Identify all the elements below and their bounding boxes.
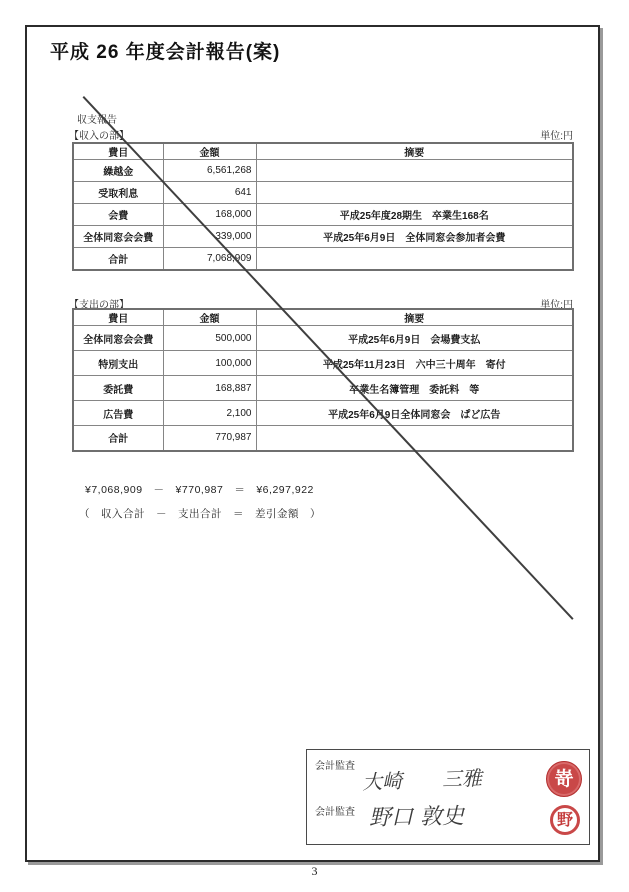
income-note xyxy=(256,182,573,204)
table-row: 会費 168,000 平成25年度28期生 卒業生168名 xyxy=(73,204,573,226)
income-table: 費目 金額 摘要 繰越金 6,561,268 受取利息 641 会費 168,0… xyxy=(72,142,574,271)
income-unit-label: 単位:円 xyxy=(540,127,573,142)
income-note: 平成25年6月9日 全体同窓会参加者会費 xyxy=(256,226,573,248)
expense-note: 卒業生名簿管理 委託料 等 xyxy=(256,376,573,401)
auditor-signature-1: 大崎 三雅 xyxy=(362,762,483,795)
expense-item: 委託費 xyxy=(73,376,163,401)
audit-label-2: 会計監査 xyxy=(315,803,355,818)
expense-item-total: 合計 xyxy=(73,426,163,451)
report-page: 平成 26 年度会計報告(案) 収支報告 【収入の部】 単位:円 費目 金額 摘… xyxy=(25,25,600,862)
income-amount: 6,561,268 xyxy=(163,160,256,182)
table-row: 全体同窓会会費 339,000 平成25年6月9日 全体同窓会参加者会費 xyxy=(73,226,573,248)
table-row: 繰越金 6,561,268 xyxy=(73,160,573,182)
income-note: 平成25年度28期生 卒業生168名 xyxy=(256,204,573,226)
expense-amount: 100,000 xyxy=(163,351,256,376)
income-amount: 339,000 xyxy=(163,226,256,248)
income-amount: 641 xyxy=(163,182,256,204)
income-col-item: 費目 xyxy=(73,143,163,160)
income-col-note: 摘要 xyxy=(256,143,573,160)
income-section-label: 【収入の部】 xyxy=(69,127,129,142)
expense-item: 全体同窓会会費 xyxy=(73,326,163,351)
table-row: 合計 770,987 xyxy=(73,426,573,451)
expense-item: 特別支出 xyxy=(73,351,163,376)
red-hanko-seal-icon: 嵜 xyxy=(546,761,582,797)
income-col-amount: 金額 xyxy=(163,143,256,160)
expense-item: 広告費 xyxy=(73,401,163,426)
income-item: 全体同窓会会費 xyxy=(73,226,163,248)
audit-signature-box: 会計監査 大崎 三雅 嵜 会計監査 野口 敦史 野 xyxy=(306,749,590,845)
page-number: 3 xyxy=(0,864,629,879)
table-row: 合計 7,068,909 xyxy=(73,248,573,270)
expense-note: 平成25年11月23日 六中三十周年 寄付 xyxy=(256,351,573,376)
table-row: 全体同窓会会費 500,000 平成25年6月9日 会場費支払 xyxy=(73,326,573,351)
red-hanko-seal-icon: 野 xyxy=(550,805,580,835)
expense-note xyxy=(256,426,573,451)
page-title: 平成 26 年度会計報告(案) xyxy=(50,37,280,64)
balance-formula-legend: （ 収入合計 － 支出合計 ＝ 差引金額 ） xyxy=(79,506,321,521)
expense-amount-total: 770,987 xyxy=(163,426,256,451)
expense-note: 平成25年6月9日全体同窓会 ぱど広告 xyxy=(256,401,573,426)
income-amount-total: 7,068,909 xyxy=(163,248,256,270)
expense-col-item: 費目 xyxy=(73,309,163,326)
expense-amount: 168,887 xyxy=(163,376,256,401)
table-row: 受取利息 641 xyxy=(73,182,573,204)
expense-col-note: 摘要 xyxy=(256,309,573,326)
table-row: 委託費 168,887 卒業生名簿管理 委託料 等 xyxy=(73,376,573,401)
income-note xyxy=(256,160,573,182)
table-row: 広告費 2,100 平成25年6月9日全体同窓会 ぱど広告 xyxy=(73,401,573,426)
auditor-signature-2: 野口 敦史 xyxy=(369,799,465,832)
income-item: 繰越金 xyxy=(73,160,163,182)
income-note xyxy=(256,248,573,270)
income-item: 受取利息 xyxy=(73,182,163,204)
income-section-header: 【収入の部】 単位:円 xyxy=(69,127,573,142)
expense-table: 費目 金額 摘要 全体同窓会会費 500,000 平成25年6月9日 会場費支払… xyxy=(72,308,574,452)
expense-amount: 500,000 xyxy=(163,326,256,351)
audit-label-1: 会計監査 xyxy=(315,757,355,772)
expense-header-row: 費目 金額 摘要 xyxy=(73,309,573,326)
income-item: 会費 xyxy=(73,204,163,226)
expense-amount: 2,100 xyxy=(163,401,256,426)
expense-note: 平成25年6月9日 会場費支払 xyxy=(256,326,573,351)
expense-col-amount: 金額 xyxy=(163,309,256,326)
income-item-total: 合計 xyxy=(73,248,163,270)
income-amount: 168,000 xyxy=(163,204,256,226)
report-subtitle: 収支報告 xyxy=(77,111,117,126)
income-header-row: 費目 金額 摘要 xyxy=(73,143,573,160)
table-row: 特別支出 100,000 平成25年11月23日 六中三十周年 寄付 xyxy=(73,351,573,376)
balance-formula: ¥7,068,909 － ¥770,987 ＝ ¥6,297,922 xyxy=(85,482,314,497)
